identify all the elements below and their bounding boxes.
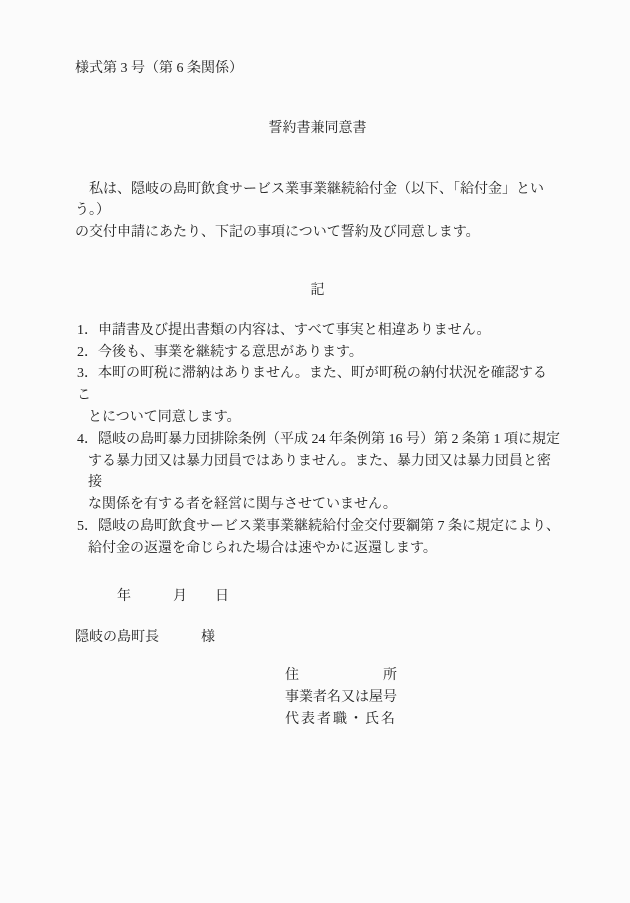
- list-item-3-continued: とについて同意します。: [88, 407, 560, 429]
- ki-marker: 記: [75, 280, 560, 302]
- pledge-list: 1．申請書及び提出書類の内容は、すべて事実と相違ありません。 2．今後も、事業を…: [77, 320, 560, 560]
- date-line: 年 月 日: [75, 586, 560, 608]
- signature-address-label: 住 所: [285, 665, 560, 687]
- list-item-5: 5．隠岐の島町飲食サービス業事業継続給付金交付要綱第 7 条に規定により、: [77, 516, 560, 538]
- addressee-line: 隠岐の島町長 様: [75, 627, 560, 649]
- list-item-3: 3．本町の町税に滞納はありません。また、町が町税の納付状況を確認するこ: [77, 363, 560, 407]
- intro-paragraph: 私は、隠岐の島町飲食サービス業事業継続給付金（以下、「給付金」という。） の交付…: [75, 179, 560, 244]
- list-item-1: 1．申請書及び提出書類の内容は、すべて事実と相違ありません。: [77, 320, 560, 342]
- list-item-5-continued: 給付金の返還を命じられた場合は速やかに返還します。: [88, 538, 560, 560]
- form-number: 様式第 3 号（第 6 条関係）: [75, 58, 560, 80]
- document-page: 様式第 3 号（第 6 条関係） 誓約書兼同意書 私は、隠岐の島町飲食サービス業…: [0, 0, 630, 903]
- list-item-2: 2．今後も、事業を継続する意思があります。: [77, 342, 560, 364]
- intro-line-1: 私は、隠岐の島町飲食サービス業事業継続給付金（以下、「給付金」という。）: [75, 179, 560, 223]
- list-item-4-continued: する暴力団又は暴力団員ではありません。また、暴力団又は暴力団員と密接: [88, 451, 560, 495]
- signature-block: 住 所 事業者名又は屋号 代表者職・氏名: [285, 665, 560, 730]
- list-item-4-continued-2: な関係を有する者を経営に関与させていません。: [88, 494, 560, 516]
- list-item-4: 4．隠岐の島町暴力団排除条例（平成 24 年条例第 16 号）第 2 条第 1 …: [77, 429, 560, 451]
- intro-line-2: の交付申請にあたり、下記の事項について誓約及び同意します。: [75, 222, 560, 244]
- signature-representative-label: 代表者職・氏名: [285, 709, 560, 731]
- document-title: 誓約書兼同意書: [75, 118, 560, 140]
- signature-business-name-label: 事業者名又は屋号: [285, 687, 560, 709]
